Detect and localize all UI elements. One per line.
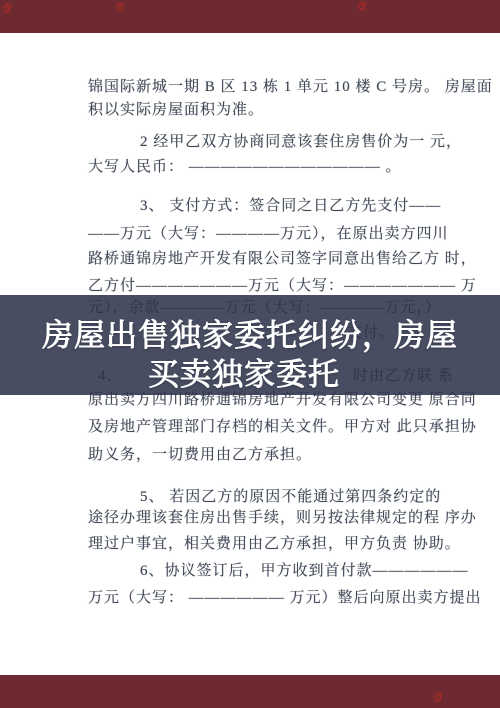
document-line: 锦国际新城一期 B 区 13 栋 1 单元 10 楼 C 号房。 房屋面: [88, 75, 448, 100]
banner-title: 房屋出售独家委托纠纷，房屋 买卖独家委托: [0, 316, 500, 394]
document-line: 3、 支付方式：签合同之日乙方先支付——: [88, 194, 500, 219]
top-edge-bar: [0, 0, 500, 33]
document-line: 6、协议签订后，甲方收到首付款——————: [88, 559, 500, 584]
document-line: ——万元（大写：————万元），在原出卖方四川: [88, 222, 448, 247]
contract-scan-page: 锦国际新城一期 B 区 13 栋 1 单元 10 楼 C 号房。 房屋面 积以实…: [0, 0, 500, 708]
banner-title-line1: 房屋出售独家委托纠纷，房屋: [0, 316, 500, 355]
banner-title-line2: 买卖独家委托: [0, 355, 494, 394]
document-line: 积以实际房屋面积为准。: [88, 98, 448, 123]
document-line: 理过户事宜，相关费用由乙方承担，甲方负责 协助。: [88, 532, 448, 557]
document-line: 路桥通锦房地产开发有限公司签字同意出售给乙方 时，: [88, 247, 448, 272]
red-mark-icon: 壹: [2, 5, 12, 15]
document-line: 途径办理该套住房出售手续，则另按法律规定的程 序办: [88, 506, 448, 531]
document-line: 万元（大写： —————— 万元）整后向原出卖方提出: [88, 586, 448, 611]
bottom-edge-bar: [0, 675, 500, 708]
red-mark-icon: 壹: [115, 4, 125, 14]
red-mark-icon: 壹: [357, 3, 367, 13]
document-line: 大写人民币： ———————————— 。: [88, 155, 448, 180]
red-mark-icon: 壹: [433, 694, 443, 704]
document-line: 助义务，一切费用由乙方承担。: [88, 443, 448, 468]
document-line: 2 经甲乙双方协商同意该套住房售价为一 元，: [88, 130, 500, 155]
document-line: 及房地产管理部门存档的相关文件。甲方对 此只承担协: [88, 415, 448, 440]
